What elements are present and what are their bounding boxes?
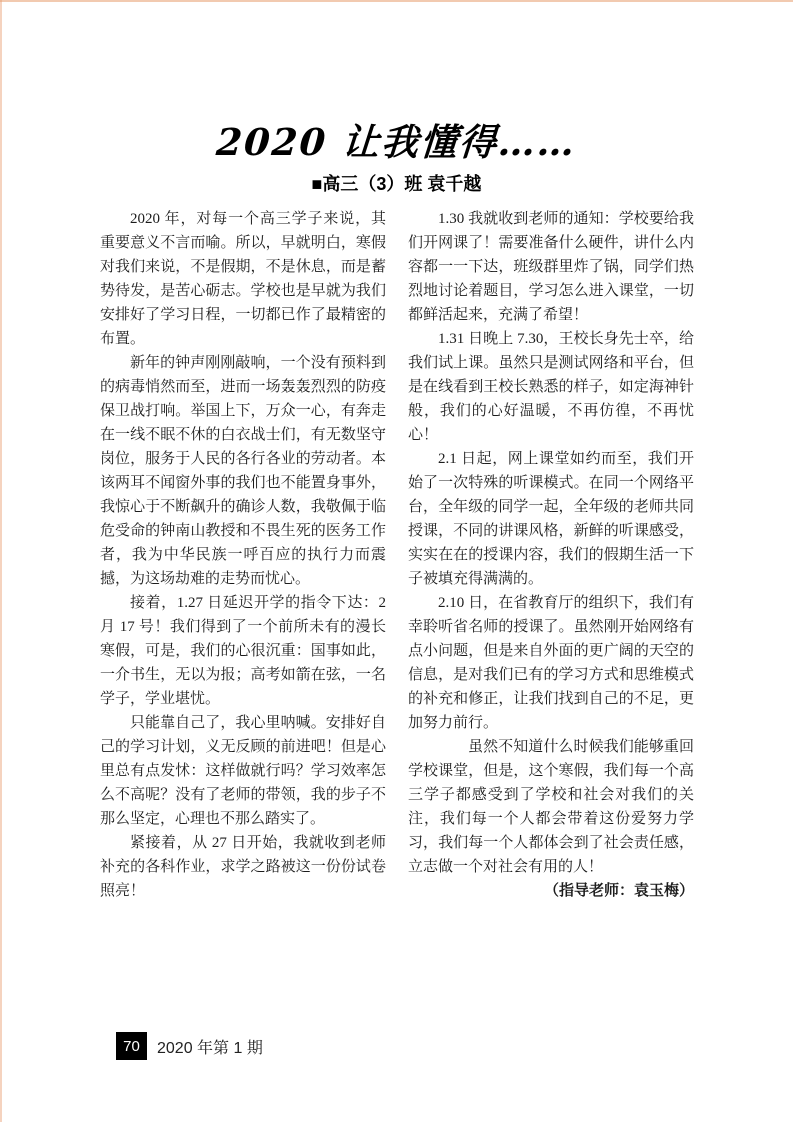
paragraph: 1.30 我就收到老师的通知：学校要给我们开网课了！需要准备什么硬件，讲什么内容… xyxy=(408,207,694,327)
text-column-left: 2020 年，对每一个高三学子来说，其重要意义不言而喻。所以，早就明白，寒假对我… xyxy=(100,207,386,903)
issue-label: 2020 年第 1 期 xyxy=(157,1035,263,1058)
paragraph: 2.10 日，在省教育厅的组织下，我们有幸聆听省名师的授课了。虽然刚开始网络有点… xyxy=(408,591,694,735)
page-footer: 70 2020 年第 1 期 xyxy=(116,1032,263,1060)
magazine-page: 2020 让我懂得…… ■高三（3）班 袁千越 2020 年，对每一个高三学子来… xyxy=(0,0,793,1122)
article-title: 2020 让我懂得…… xyxy=(0,112,793,166)
page-number-badge: 70 xyxy=(116,1032,147,1060)
paragraph: 只能靠自己了，我心里呐喊。安排好自己的学习计划，义无反顾的前进吧！但是心里总有点… xyxy=(100,711,386,831)
paragraph: 新年的钟声刚刚敲响，一个没有预料到的病毒悄然而至，进而一场轰轰烈烈的防疫保卫战打… xyxy=(100,351,386,591)
paragraph: 2.1 日起，网上课堂如约而至，我们开始了一次特殊的听课模式。在同一个网络平台，… xyxy=(408,447,694,591)
paragraph: 1.31 日晚上 7.30，王校长身先士卒，给我们试上课。虽然只是测试网络和平台… xyxy=(408,327,694,447)
article-byline: ■高三（3）班 袁千越 xyxy=(0,170,793,196)
text-column-right: 1.30 我就收到老师的通知：学校要给我们开网课了！需要准备什么硬件，讲什么内容… xyxy=(408,207,694,903)
paragraph: 虽然不知道什么时候我们能够重回学校课堂，但是，这个寒假，我们每一个高三学子都感受… xyxy=(408,735,694,879)
paragraph: 紧接着，从 27 日开始，我就收到老师补充的各科作业，求学之路被这一份份试卷照亮… xyxy=(100,831,386,903)
paragraph: 2020 年，对每一个高三学子来说，其重要意义不言而喻。所以，早就明白，寒假对我… xyxy=(100,207,386,351)
paragraph: 接着，1.27 日延迟开学的指令下达：2 月 17 号！我们得到了一个前所未有的… xyxy=(100,591,386,711)
advisor-credit: （指导老师：袁玉梅） xyxy=(408,879,694,903)
scan-edge-left-line xyxy=(0,0,2,1122)
scan-edge-top-line xyxy=(0,0,793,2)
